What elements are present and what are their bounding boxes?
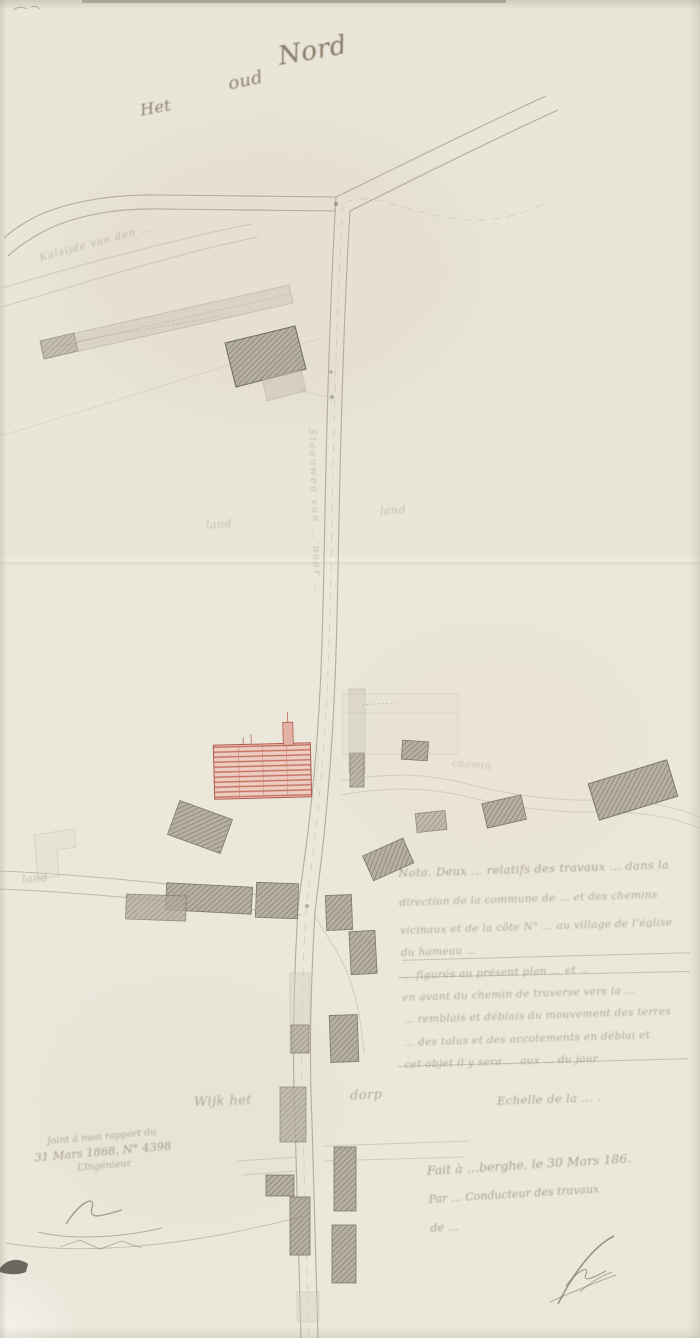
road-label-chemin: chemin (452, 759, 492, 773)
building (290, 1197, 310, 1255)
village-label-right: dorp (350, 1087, 383, 1103)
building (225, 326, 306, 387)
map-title-fragment: oud (226, 67, 265, 95)
page-edge (0, 0, 700, 9)
red-building (213, 743, 311, 800)
corner-highlight (0, 1262, 80, 1338)
building (165, 883, 252, 914)
signature-stroke (558, 1236, 614, 1304)
fold-crease (0, 556, 700, 566)
building (280, 1087, 306, 1142)
road-label-steenweg: Steenweg van … naar … (306, 428, 323, 594)
village-lane (341, 789, 700, 828)
highlighted-building-red (212, 712, 311, 800)
west-road-edge (0, 889, 301, 915)
paper-tone-band (0, 0, 700, 560)
field-label: land (380, 504, 406, 518)
signature-stroke (38, 1228, 162, 1237)
road-dot (330, 395, 334, 399)
village-lane (314, 915, 364, 1054)
bottom-side-street (238, 1157, 297, 1175)
building (325, 895, 352, 931)
road-dot (305, 904, 309, 908)
signature-stroke (6, 1216, 305, 1249)
parcel-label-squiggle (362, 704, 398, 705)
paper-mottle (330, 620, 650, 880)
paper-mottle (40, 980, 340, 1220)
building (297, 1292, 319, 1322)
signature-stroke (60, 1240, 142, 1249)
building (255, 882, 298, 918)
kalsijde-road-edge (2, 237, 258, 307)
field-boundary (0, 338, 322, 436)
building (482, 795, 527, 828)
red-building-divisions (238, 743, 287, 797)
road-label-squiggle (316, 748, 319, 794)
building-strip-detail (42, 294, 291, 350)
signature-stroke (566, 1270, 606, 1286)
building (266, 1175, 294, 1196)
building-long-strip (40, 285, 293, 359)
micro-writing-strokes (62, 316, 398, 794)
signature-stroke (66, 1201, 122, 1224)
date-note-block: Fait à …berghe, le 30 Mars 186. Par … Co… (426, 1144, 636, 1243)
paper-mottle (60, 120, 480, 420)
road-dot (334, 202, 338, 206)
page-edge (0, 0, 7, 1338)
red-building-tower (283, 722, 294, 745)
page-edge (688, 0, 700, 1338)
building-annex (262, 369, 306, 401)
side-road-left-edge (4, 195, 336, 238)
road-dot (329, 370, 333, 374)
signature-stroke (580, 1272, 612, 1292)
building (588, 760, 678, 820)
pen-flourishes (0, 6, 616, 1304)
main-signature (550, 1236, 616, 1304)
building (401, 740, 428, 761)
building (350, 753, 364, 787)
building (334, 1147, 356, 1211)
road-label-kalsijde: Kalsijde van den … (39, 223, 153, 263)
building (349, 930, 377, 974)
field-label: land (206, 517, 232, 531)
signature-stroke (550, 1275, 616, 1302)
note-line: Nota. Deux … relatifs des travaux … dans… (398, 853, 699, 885)
village-lane (341, 775, 700, 817)
page-edge (0, 1326, 700, 1338)
main-note-block: Nota. Deux … relatifs des travaux … dans… (398, 853, 700, 1077)
filing-note-block: Joint à mon rapport du 31 Mars 1868, N° … (4, 1123, 202, 1180)
building (329, 1015, 359, 1063)
building-strip-end (40, 333, 78, 359)
filing-signature (6, 1201, 305, 1249)
building (415, 810, 447, 832)
village-label-left: Wijk het (194, 1093, 252, 1110)
corner-marks (13, 6, 40, 10)
building (168, 801, 233, 854)
building (126, 894, 187, 921)
building (332, 1225, 356, 1283)
note-line: direction de la commune de … et des chem… (399, 883, 700, 915)
building (349, 689, 365, 773)
field-label: land (22, 871, 49, 886)
corner-ink-blot (0, 1260, 28, 1274)
building (290, 973, 310, 1053)
map-title-fragment: Het (139, 95, 173, 119)
map-title: Nord (276, 30, 349, 72)
scale-label: Echelle de la … . (497, 1090, 602, 1108)
field-boundary (300, 390, 330, 397)
red-building-spire (242, 712, 288, 744)
parcel-outline (343, 694, 458, 754)
scanned-plan-page: Het oud Nord Kalsijde van den … Steenweg… (0, 0, 700, 1338)
strip-label-squiggle (62, 316, 220, 346)
scan-edge-line (82, 0, 506, 3)
building (291, 1025, 309, 1053)
